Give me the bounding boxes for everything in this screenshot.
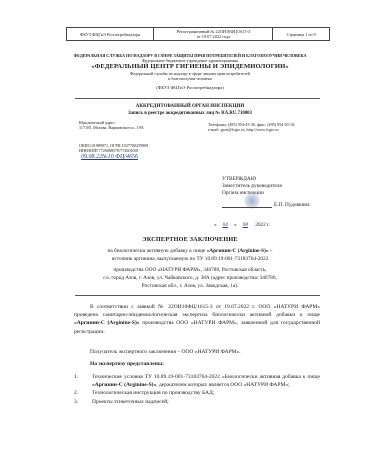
document-title: ЭКСПЕРТНОЕ ЗАКЛЮЧЕНИЕ: [40, 236, 340, 243]
list-item-text-post: , держателем которых является ООО «НАТУР…: [156, 382, 289, 388]
subject-spec: источник аргинина, выпускаемую по ТУ 10.…: [40, 255, 340, 263]
list-item-number: 3.: [74, 398, 92, 406]
list-item: 2. Технологическая инструкция по произво…: [74, 389, 320, 397]
signature-line: [222, 207, 272, 208]
inn-kpp: ИНН/КПП 7726068570/772601001: [79, 148, 148, 153]
organization-ids: ОКПО 01989971, ОГРН 1027700259909 ИНН/КП…: [79, 143, 148, 153]
list-item-number: 2.: [74, 389, 92, 397]
accreditation-registry: Запись в реестре аккредитованных лиц № R…: [40, 111, 340, 116]
header-registration: Регистрационный № 22ОИ10ФЦ/1615-3 от 19.…: [154, 28, 273, 40]
approval-word: УТВЕРЖДАЮ: [222, 176, 282, 183]
date-year: 2022 г.: [255, 222, 270, 228]
agency-abbreviation: (ФБУЗ ФЦГиЭ Роспотребнадзора): [40, 85, 340, 90]
legal-address: Юридический адрес: 117105, Москва, Варша…: [79, 120, 144, 130]
list-item: 1. Технические условия ТУ 10.89.19-001-7…: [74, 373, 320, 389]
divider: [75, 98, 320, 99]
list-item-number: 1.: [74, 373, 92, 389]
paragraph-recipient: Получатель экспертного заключения – ООО …: [74, 348, 320, 356]
producer-line1: производства ООО «НАТУРИ ФАРМ», 346780, …: [40, 266, 340, 274]
producer-line2: г.о. город Азов, г. Азов, ул. Чайковског…: [40, 274, 340, 282]
paragraph-submitted-heading: На экспертизу представлены:: [74, 360, 320, 368]
basis-text: В соответствии с заявкой № 22ОИ10ФЦ/1615…: [74, 304, 320, 318]
accreditation-title: АККРЕДИТОВАННЫЙ ОРГАН ИНСПЕКЦИИ: [40, 104, 340, 109]
subject-dash: –: [268, 248, 272, 254]
contact-web: e-mail: gsen@fcgie.ru, http://www.fcgie.…: [208, 127, 295, 132]
header-page-number: Страница 1 из 9: [273, 28, 329, 40]
legal-address-value: 117105, Москва, Варшавское ш., 19А: [79, 125, 144, 130]
signer-name: Е.П. Пудовкина: [274, 202, 310, 208]
product-name: «Аргинин-С (Arginine-S)»: [74, 320, 140, 326]
document-page: ФБУЗ ФЦГиЭ Роспотребнадзора Регистрацион…: [0, 0, 375, 450]
paragraph-basis: В соответствии с заявкой № 22ОИ10ФЦ/1615…: [74, 303, 320, 336]
outgoing-number: 09.08.22№10 ФЦ/4656: [81, 154, 138, 160]
list-item-text: Проекты этикеточных надписей;: [92, 398, 320, 406]
list-item-text-pre: Технические условия ТУ 10.89.19-001-7318…: [92, 374, 320, 380]
subject-text: на биологически активную добавку к пище: [108, 248, 207, 254]
agency-name: «ФЕДЕРАЛЬНЫЙ ЦЕНТР ГИГИЕНЫ И ЭПИДЕМИОЛОГ…: [40, 63, 340, 70]
producer-info: производства ООО «НАТУРИ ФАРМ», 346780, …: [40, 266, 340, 290]
agency-affiliation: Федеральной службы по надзору в сфере за…: [40, 71, 340, 81]
producer-line3: Ростовская обл., г. Азов, ул. Заводская,…: [40, 282, 340, 290]
date-day: 04: [217, 222, 234, 228]
registration-date: от 19.07.2022 года: [197, 34, 230, 39]
approver-position: Заместитель руководителя: [222, 183, 282, 190]
agency-affiliation-line2: и благополучия человека: [40, 76, 340, 81]
list-item-text: Технологическая инструкция по производст…: [92, 389, 320, 397]
contacts: Телефоны: (495) 954-45-36, факс: (495) 9…: [208, 122, 295, 132]
list-item: 3. Проекты этикеточных надписей;: [74, 398, 320, 406]
header-org: ФБУЗ ФЦГиЭ Роспотребнадзора: [67, 28, 154, 40]
submitted-documents-list: 1. Технические условия ТУ 10.89.19-001-7…: [74, 373, 320, 406]
list-item-text: Технические условия ТУ 10.89.19-001-7318…: [92, 373, 320, 389]
approval-date: «04»08 2022 г.: [214, 222, 270, 228]
document-subject: на биологически активную добавку к пище …: [40, 247, 340, 263]
header-table: ФБУЗ ФЦГиЭ Роспотребнадзора Регистрацион…: [66, 27, 330, 41]
product-name: «Аргинин-С (Arginine-S)»: [207, 248, 269, 254]
product-name: «Аргинин-С (Arginine-S)»: [92, 382, 156, 388]
divider: [75, 295, 320, 296]
date-month: 08: [237, 222, 254, 228]
